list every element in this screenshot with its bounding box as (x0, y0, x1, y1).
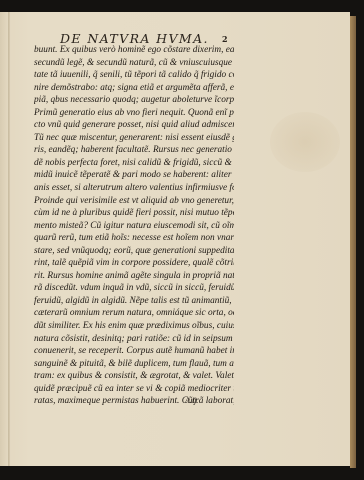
text-line: rit. Rursus homine animã agẽte singula i… (34, 270, 234, 283)
text-line: cùm id ne à pluribus quidẽ fieri possit,… (34, 207, 234, 220)
paper-stain (270, 112, 340, 172)
text-line: midũ inuicẽ tẽperatẽ & pari modo se habe… (34, 169, 234, 182)
text-line: tate tã iuuenili, q̃ senili, tũ tẽpori t… (34, 69, 234, 82)
text-line: cæterarũ omnium rerum natura, omniáque s… (34, 307, 234, 320)
text-line: rint, talẽ quẽpiã vim in corpore posside… (34, 257, 234, 270)
text-line: natura cõsistit, desinitq; pari ratiõe: … (34, 333, 234, 346)
text-line: piã, qbus necessario quodq; augetur abol… (34, 94, 234, 107)
text-line: Tũ nec quæ miscentur, generarent: nisi e… (34, 132, 234, 145)
folio-number: 2 (222, 34, 228, 44)
text-line: quarũ rerũ, tum etiã hoĩs: necesse est h… (34, 232, 234, 245)
text-line: anis esset, si alterutrum altero valenti… (34, 182, 234, 195)
text-line: ris, eandẽq; haberent facultatẽ. Rursus … (34, 144, 234, 157)
gutter-fold (8, 12, 10, 466)
text-line: tram: ex quibus & consistit, & ægrotat, … (34, 370, 234, 383)
signature-mark: A.ij. (185, 396, 198, 405)
text-line: Proinde qui verisimile est vt aliquid ab… (34, 195, 234, 208)
text-line: nire demõstrabo: atq; signa etiã et argu… (34, 82, 234, 95)
book-page: DE NATVRA HVMA. 2 buunt. Ex quibus verò … (0, 12, 350, 466)
text-line: sanguinẽ & pituitã, & bilẽ duplicem, tum… (34, 358, 234, 371)
page-edge (350, 16, 356, 468)
text-line: cto vnũ quid generare posset, nisi quid … (34, 119, 234, 132)
text-line: buunt. Ex quibus verò hominẽ ego cõstare… (34, 44, 234, 57)
text-line: Primũ generatio eius ab vno fieri nequit… (34, 107, 234, 120)
text-line: rã discedũt. vdum inquã in vdũ, siccũ in… (34, 282, 234, 295)
text-line: dũt similiter. Ex his enim quæ prædiximu… (34, 320, 234, 333)
text-line: stare, sed vnũquodq; eorũ, quæ generatio… (34, 245, 234, 258)
text-line: secundũ legẽ, & secundũ naturã, cũ & vni… (34, 57, 234, 70)
text-line: mento misteã? Cũ igitur natura eiuscemod… (34, 220, 234, 233)
text-line: quidẽ præcipuẽ cũ ea inter se vi & copiã… (34, 383, 234, 396)
text-line: conuenerit, se receperit. Corpus autẽ hu… (34, 345, 234, 358)
text-line: dẽ nobis perfecta foret, nisi calidũ & f… (34, 157, 234, 170)
text-line: feruidũ, algidũ in algidũ. Nẽpe talis es… (34, 295, 234, 308)
text-line: ratas, maximeque permistas habuerint. Cũ… (34, 395, 234, 408)
body-text: buunt. Ex quibus verò hominẽ ego cõstare… (34, 44, 234, 408)
